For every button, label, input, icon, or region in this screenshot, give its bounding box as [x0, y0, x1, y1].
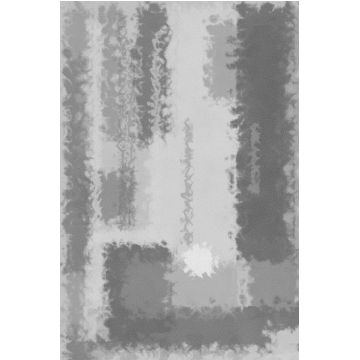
rug-product-image [60, 1, 299, 360]
photo-canvas [0, 0, 360, 360]
rug-artwork [60, 1, 299, 360]
rug-fine-grain-texture [60, 1, 299, 360]
rug-pattern-group [60, 1, 299, 360]
